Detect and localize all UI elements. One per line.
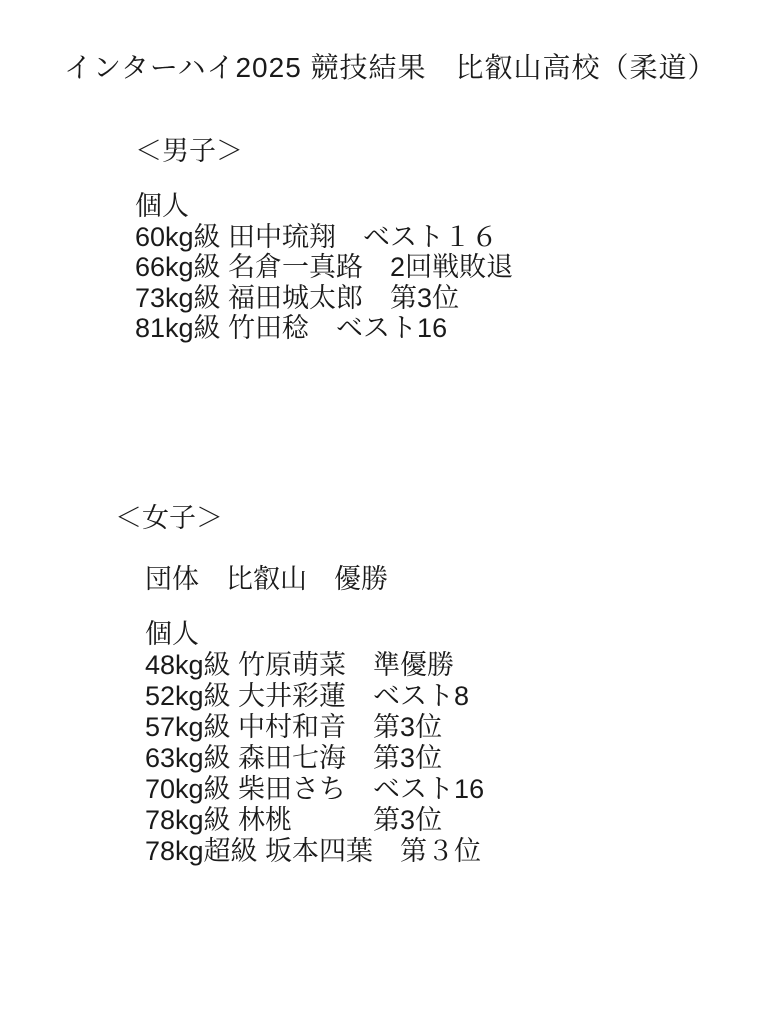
- document-page: インターハイ2025 競技結果 比叡山高校（柔道） ＜男子＞ 個人 60kg級 …: [0, 0, 768, 1024]
- men-result-line-66kg: 66kg級 名倉一真路 2回戦敗退: [135, 252, 513, 283]
- women-individual-results: 個人 48kg級 竹原萌菜 準優勝 52kg級 大井彩蓮 ベスト8 57kg級 …: [145, 619, 484, 867]
- women-result-line-57kg: 57kg級 中村和音 第3位: [145, 712, 484, 743]
- women-result-line-48kg: 48kg級 竹原萌菜 準優勝: [145, 650, 484, 681]
- men-section-header: ＜男子＞: [135, 129, 243, 168]
- document-title: インターハイ2025 競技結果 比叡山高校（柔道）: [64, 46, 717, 86]
- men-individual-label: 個人: [135, 191, 513, 222]
- women-individual-label: 個人: [145, 619, 484, 650]
- women-result-line-78kg-plus: 78kg超級 坂本四葉 第３位: [145, 836, 484, 867]
- men-result-line-60kg: 60kg級 田中琉翔 ベスト１６: [135, 222, 513, 253]
- women-result-line-63kg: 63kg級 森田七海 第3位: [145, 743, 484, 774]
- women-section-header: ＜女子＞: [115, 496, 223, 535]
- women-result-line-78kg: 78kg級 林桃 第3位: [145, 805, 484, 836]
- women-result-line-70kg: 70kg級 柴田さち ベスト16: [145, 774, 484, 805]
- women-result-line-52kg: 52kg級 大井彩蓮 ベスト8: [145, 681, 484, 712]
- women-team-result-line: 団体 比叡山 優勝: [145, 557, 388, 596]
- men-result-line-73kg: 73kg級 福田城太郎 第3位: [135, 283, 513, 314]
- men-result-line-81kg: 81kg級 竹田稔 ベスト16: [135, 313, 513, 344]
- men-individual-results: 個人 60kg級 田中琉翔 ベスト１６ 66kg級 名倉一真路 2回戦敗退 73…: [135, 191, 513, 344]
